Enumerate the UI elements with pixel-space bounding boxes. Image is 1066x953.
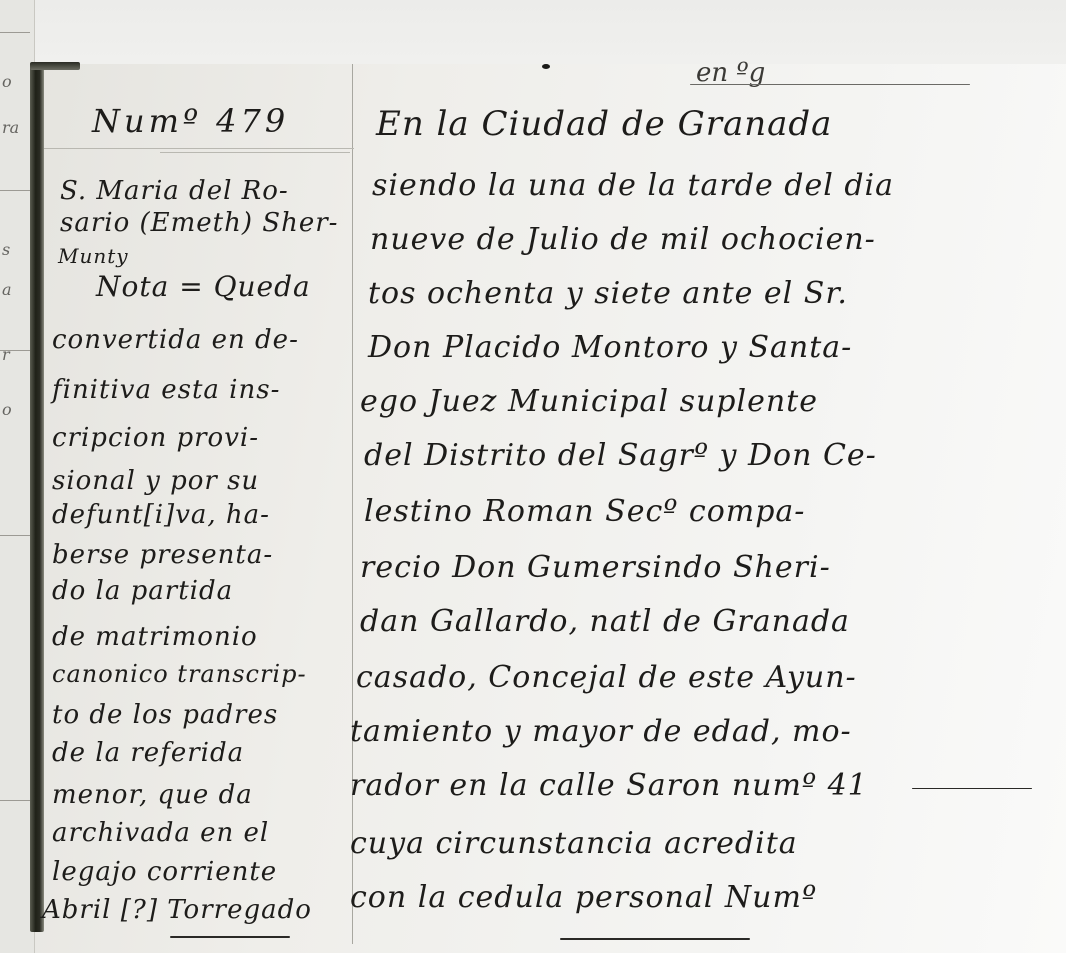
prev-page-text-fragment: a bbox=[2, 280, 12, 299]
margin-line: do la partida bbox=[52, 576, 233, 606]
entry-line: nueve de Julio de mil ochocien- bbox=[370, 222, 876, 257]
margin-line: defunt[i]va, ha- bbox=[52, 500, 270, 530]
entry-line: con la cedula personal Numº bbox=[350, 880, 817, 915]
rule-line bbox=[0, 800, 30, 801]
entry-line: Don Placido Montoro y Santa- bbox=[368, 330, 852, 365]
entry-line: casado, Concejal de este Ayun- bbox=[356, 660, 857, 695]
margin-line: sional y por su bbox=[52, 466, 259, 496]
column-divider bbox=[352, 64, 353, 944]
header-annotation-stroke bbox=[690, 84, 970, 85]
margin-line: canonico transcrip- bbox=[52, 660, 307, 688]
entry-line: En la Ciudad de Granada bbox=[376, 104, 832, 144]
prev-page-text-fragment: o bbox=[2, 72, 12, 91]
entry-line: tamiento y mayor de edad, mo- bbox=[350, 714, 852, 749]
margin-line: convertida en de- bbox=[52, 325, 299, 355]
flourish-stroke bbox=[170, 936, 290, 938]
prev-page-text-fragment: s bbox=[2, 240, 10, 259]
prev-page-text-fragment: r bbox=[2, 345, 10, 364]
margin-line: berse presenta- bbox=[52, 540, 273, 570]
flourish-stroke bbox=[560, 938, 750, 940]
entry-line: lestino Roman Secº compa- bbox=[364, 494, 805, 529]
margin-line: finitiva esta ins- bbox=[52, 375, 280, 405]
binding-gutter-cap bbox=[30, 62, 80, 70]
margin-line: Nota = Queda bbox=[96, 270, 311, 303]
entry-line: rador en la calle Saron numº 41 bbox=[350, 768, 868, 803]
entry-line: dan Gallardo, natl de Granada bbox=[360, 604, 850, 639]
entry-line: del Distrito del Sagrº y Don Ce- bbox=[364, 438, 877, 473]
entry-line: ego Juez Municipal suplente bbox=[360, 384, 818, 419]
margin-line: menor, que da bbox=[52, 780, 253, 810]
entry-line: recio Don Gumersindo Sheri- bbox=[360, 550, 831, 585]
entry-line: tos ochenta y siete ante el Sr. bbox=[368, 276, 848, 311]
margin-line: de la referida bbox=[52, 738, 244, 768]
prev-page-text-fragment: o bbox=[2, 400, 12, 419]
margin-rule-line bbox=[160, 152, 350, 153]
address-underline bbox=[912, 788, 1032, 789]
entry-number: Numº 479 bbox=[92, 102, 289, 140]
margin-line: S. Maria del Ro- bbox=[60, 176, 289, 206]
margin-rule-line bbox=[44, 148, 354, 149]
page-top-edge bbox=[34, 0, 1066, 64]
entry-line: siendo la una de la tarde del dia bbox=[372, 168, 894, 203]
rule-line bbox=[0, 190, 30, 191]
margin-line: cripcion provi- bbox=[52, 423, 259, 453]
entry-line: cuya circunstancia acredita bbox=[350, 826, 798, 861]
margin-line: sario (Emeth) Sher- bbox=[60, 208, 338, 238]
margin-line: to de los padres bbox=[52, 700, 278, 730]
margin-line: legajo corriente bbox=[52, 857, 277, 887]
binding-gutter-shadow bbox=[30, 64, 44, 932]
margin-line: Munty bbox=[58, 244, 129, 268]
register-page: o ra s a r o Numº 479 S. Maria del Ro- s… bbox=[0, 0, 1066, 953]
prev-page-text-fragment: ra bbox=[2, 118, 19, 137]
margin-line: de matrimonio bbox=[52, 622, 258, 652]
rule-line bbox=[0, 32, 30, 33]
margin-line: archivada en el bbox=[52, 818, 269, 848]
margin-line: Abril [?] Torregado bbox=[42, 895, 312, 925]
ink-blot bbox=[542, 64, 550, 69]
rule-line bbox=[0, 535, 30, 536]
